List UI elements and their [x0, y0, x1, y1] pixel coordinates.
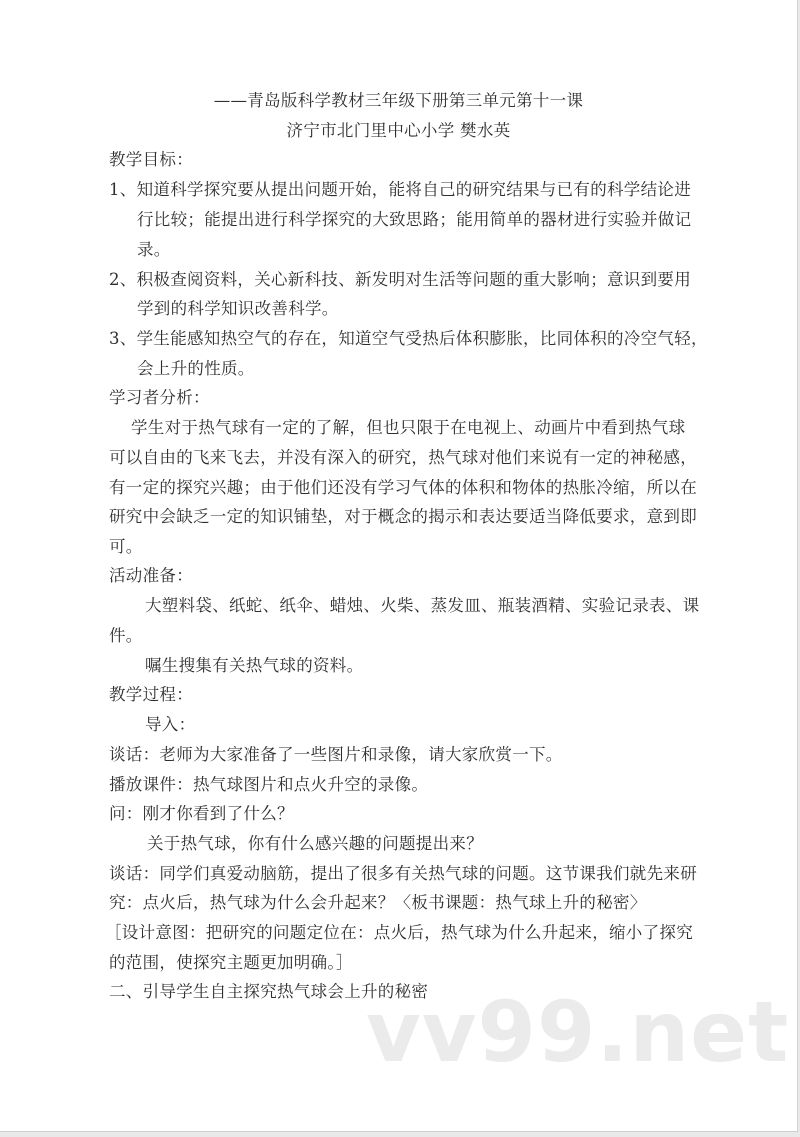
- process-line: 播放课件：热气球图片和点火升空的录像。: [109, 774, 428, 796]
- analysis-line: 有一定的探究兴趣；由于他们还没有学习气体的体积和物体的热胀冷缩，所以在: [109, 477, 697, 499]
- process-line: 问：刚才你看到了什么？: [109, 803, 294, 825]
- preparation-line: 大塑料袋、纸蛇、纸伞、蜡烛、火柴、蒸发皿、瓶装酒精、实验记录表、课: [145, 595, 699, 617]
- process-line: ［设计意图：把研究的问题定位在：点火后，热气球为什么升起来，缩小了探究: [105, 922, 693, 944]
- document-subtitle: ——青岛版科学教材三年级下册第三单元第十一课: [0, 90, 797, 112]
- objective-line: 3、学生能感知热空气的存在，知道空气受热后体积膨胀，比同体积的冷空气轻，: [109, 328, 708, 350]
- objective-line: 录。: [137, 239, 171, 261]
- analysis-line: 研究中会缺乏一定的知识铺垫，对于概念的揭示和表达要适当降低要求，意到即: [109, 506, 697, 528]
- analysis-line: 可。: [109, 536, 143, 558]
- analysis-line: 学生对于热气球有一定的了解，但也只限于在电视上、动画片中看到热气球: [131, 417, 685, 439]
- section-heading-learner-analysis: 学习者分析：: [109, 387, 210, 409]
- process-line: 关于热气球，你有什么感兴趣的问题提出来？: [147, 833, 483, 855]
- objective-line: 2、积极查阅资料，关心新科技、新发明对生活等问题的重大影响；意识到要用: [109, 269, 691, 291]
- document-author: 济宁市北门里中心小学 樊水英: [0, 120, 797, 142]
- section-heading-preparation: 活动准备：: [109, 565, 193, 587]
- objective-line: 学到的科学知识改善科学。: [137, 298, 339, 320]
- process-line: 导入：: [145, 714, 195, 736]
- objective-line: 1、知道科学探究要从提出问题开始，能将自己的研究结果与已有的科学结论进: [109, 179, 691, 201]
- process-line: 的范围，使探究主题更加明确。］: [109, 952, 353, 974]
- process-line: 谈话：同学们真爱动脑筋，提出了很多有关热气球的问题。这节课我们就先来研: [109, 863, 697, 885]
- watermark: vv99.net: [366, 990, 789, 1074]
- preparation-line: 件。: [109, 625, 143, 647]
- section-heading-objectives: 教学目标：: [109, 149, 193, 171]
- analysis-line: 可以自由的飞来飞去，并没有深入的研究，热气球对他们来说有一定的神秘感，: [109, 447, 697, 469]
- objective-line: 行比较；能提出进行科学探究的大致思路；能用简单的器材进行实验并做记: [137, 209, 691, 231]
- document-page: ——青岛版科学教材三年级下册第三单元第十一课 济宁市北门里中心小学 樊水英 教学…: [0, 0, 798, 1132]
- objective-line: 会上升的性质。: [137, 358, 255, 380]
- process-line: 谈话：老师为大家准备了一些图片和录像，请大家欣赏一下。: [109, 744, 563, 766]
- process-line: 究：点火后，热气球为什么会升起来？〈板书课题：热气球上升的秘密〉: [109, 892, 647, 914]
- preparation-line: 嘱生搜集有关热气球的资料。: [145, 655, 363, 677]
- section-heading-process: 教学过程：: [109, 684, 193, 706]
